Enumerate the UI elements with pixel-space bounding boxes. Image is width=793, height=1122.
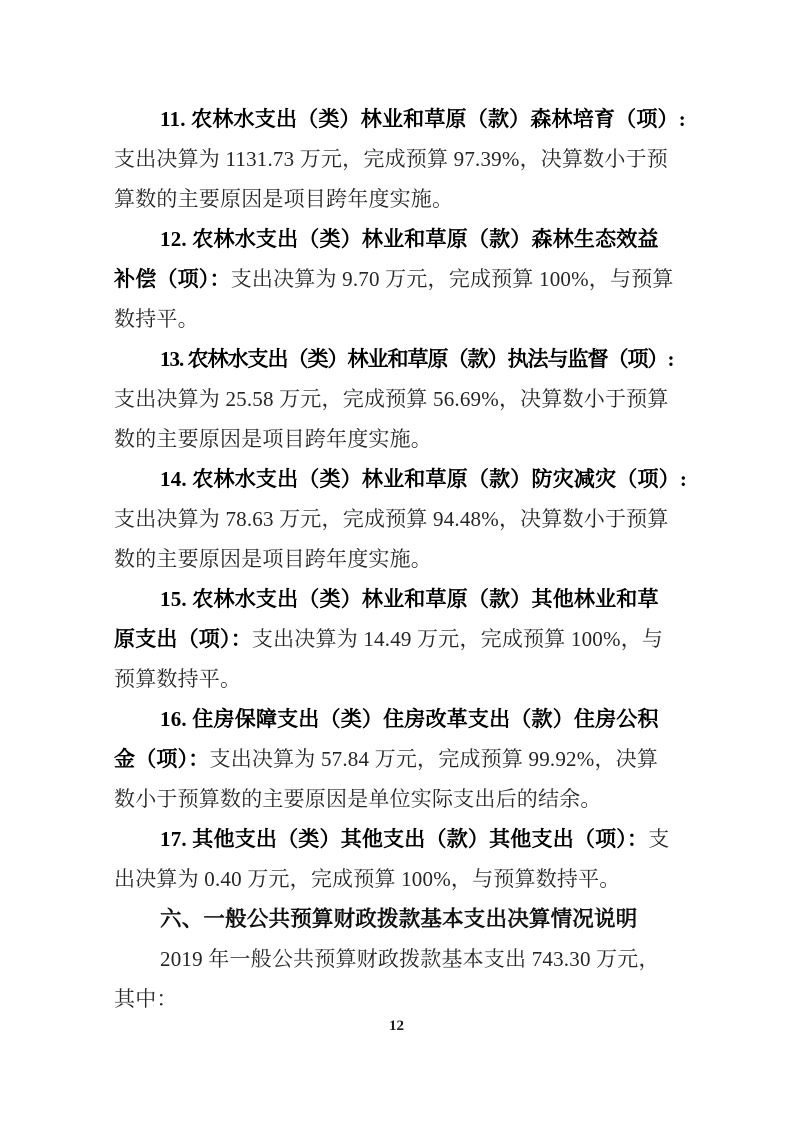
document-page: 11. 农林水支出（类）林业和草原（款）森林培育（项）: 支出决算为 1131.… <box>0 0 793 1122</box>
para-11-heading-text: 11. 农林水支出（类）林业和草原（款）森林培育（项）: <box>160 107 686 131</box>
para-15-line-3: 预算数持平。 <box>114 659 678 699</box>
para-12-line-1: 12. 农林水支出（类）林业和草原（款）森林生态效益 <box>114 219 678 259</box>
para-15-heading-text: 15. 农林水支出（类）林业和草原（款）其他林业和草 <box>160 587 659 611</box>
section-heading: 六、一般公共预算财政拨款基本支出决算情况说明 <box>114 899 678 939</box>
para-13-heading-text: 13. 农林水支出（类）林业和草原（款）执法与监督（项）: <box>160 347 674 371</box>
para-15-line-1: 15. 农林水支出（类）林业和草原（款）其他林业和草 <box>114 579 678 619</box>
intro-line-2: 其中： <box>114 979 678 1019</box>
para-12-heading-text: 12. 农林水支出（类）林业和草原（款）森林生态效益 <box>160 227 659 251</box>
para-17-heading-text: 17. 其他支出（类）其他支出（款）其他支出（项）： <box>160 827 648 851</box>
text-content: 11. 农林水支出（类）林业和草原（款）森林培育（项）: 支出决算为 1131.… <box>114 99 678 1019</box>
para-16-line-2: 金（项）：支出决算为 57.84 万元，完成预算 99.92%，决算 <box>114 739 678 779</box>
para-13-line-1: 13. 农林水支出（类）林业和草原（款）执法与监督（项）: <box>114 339 678 379</box>
page-number: 12 <box>0 1018 793 1035</box>
para-11-line-1: 11. 农林水支出（类）林业和草原（款）森林培育（项）: <box>114 99 678 139</box>
section-heading-text: 六、一般公共预算财政拨款基本支出决算情况说明 <box>160 907 637 931</box>
para-17-line-1: 17. 其他支出（类）其他支出（款）其他支出（项）：支 <box>114 819 678 859</box>
para-15-line-2: 原支出（项）：支出决算为 14.49 万元，完成预算 100%，与 <box>114 619 678 659</box>
para-16-heading-text: 16. 住房保障支出（类）住房改革支出（款）住房公积 <box>160 707 659 731</box>
para-11-line-3: 算数的主要原因是项目跨年度实施。 <box>114 179 678 219</box>
para-14-line-2: 支出决算为 78.63 万元，完成预算 94.48%，决算数小于预算 <box>114 499 678 539</box>
para-14-line-1: 14. 农林水支出（类）林业和草原（款）防灾减灾（项）: <box>114 459 678 499</box>
para-13-line-2: 支出决算为 25.58 万元，完成预算 56.69%，决算数小于预算 <box>114 379 678 419</box>
para-16-line-1: 16. 住房保障支出（类）住房改革支出（款）住房公积 <box>114 699 678 739</box>
para-12-line-3: 数持平。 <box>114 299 678 339</box>
intro-line-1: 2019 年一般公共预算财政拨款基本支出 743.30 万元， <box>114 939 678 979</box>
para-14-line-3: 数的主要原因是项目跨年度实施。 <box>114 539 678 579</box>
para-13-line-3: 数的主要原因是项目跨年度实施。 <box>114 419 678 459</box>
para-12-line-2: 补偿（项）：支出决算为 9.70 万元，完成预算 100%，与预算 <box>114 259 678 299</box>
para-17-line-2: 出决算为 0.40 万元，完成预算 100%，与预算数持平。 <box>114 859 678 899</box>
para-11-line-2: 支出决算为 1131.73 万元，完成预算 97.39%，决算数小于预 <box>114 139 678 179</box>
para-16-line-3: 数小于预算数的主要原因是单位实际支出后的结余。 <box>114 779 678 819</box>
para-14-heading-text: 14. 农林水支出（类）林业和草原（款）防灾减灾（项）: <box>160 467 687 491</box>
